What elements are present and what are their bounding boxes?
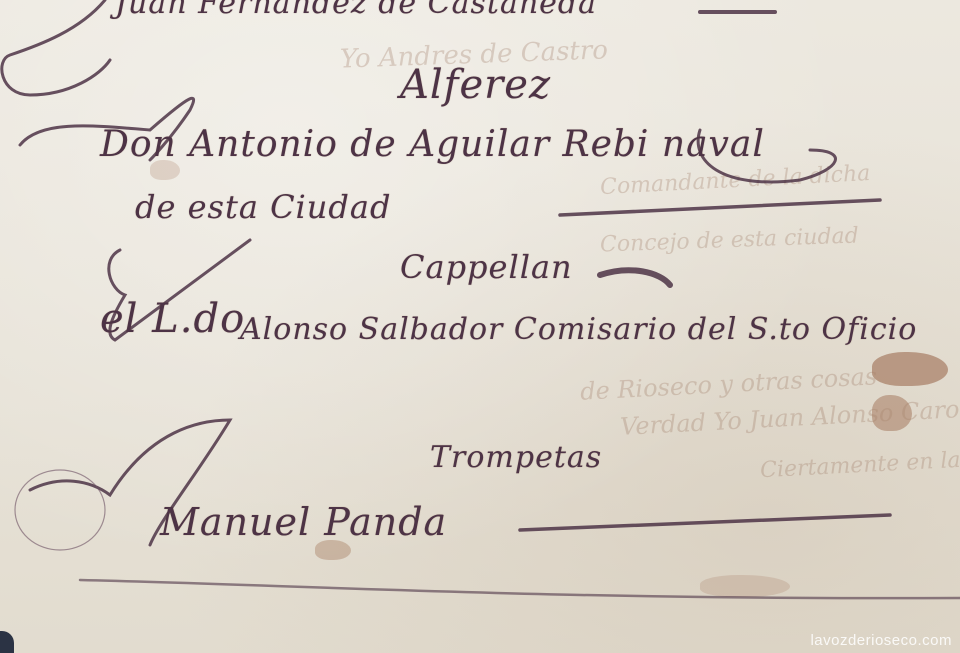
capellan-name: Alonso Salbador Comisario del S.to Ofici… [240, 312, 917, 347]
manuscript-page: Yo Andres de Castro Comandante de la dic… [0, 0, 960, 653]
watermark: lavozderioseco.com [810, 632, 952, 649]
entry-top-name: Juan Fernandez de Castañeda [115, 0, 597, 21]
capellan-prefix: el L.do [100, 296, 245, 342]
capellan-title: Cappellan [400, 248, 573, 286]
alferez-title: Alferez [400, 62, 551, 108]
trompetas-title: Trompetas [430, 440, 602, 475]
alferez-name-line2: de esta Ciudad [135, 188, 391, 226]
trompetas-name: Manuel Panda [160, 500, 447, 544]
alferez-name-line1: Don Antonio de Aguilar Rebi naval [100, 124, 765, 165]
